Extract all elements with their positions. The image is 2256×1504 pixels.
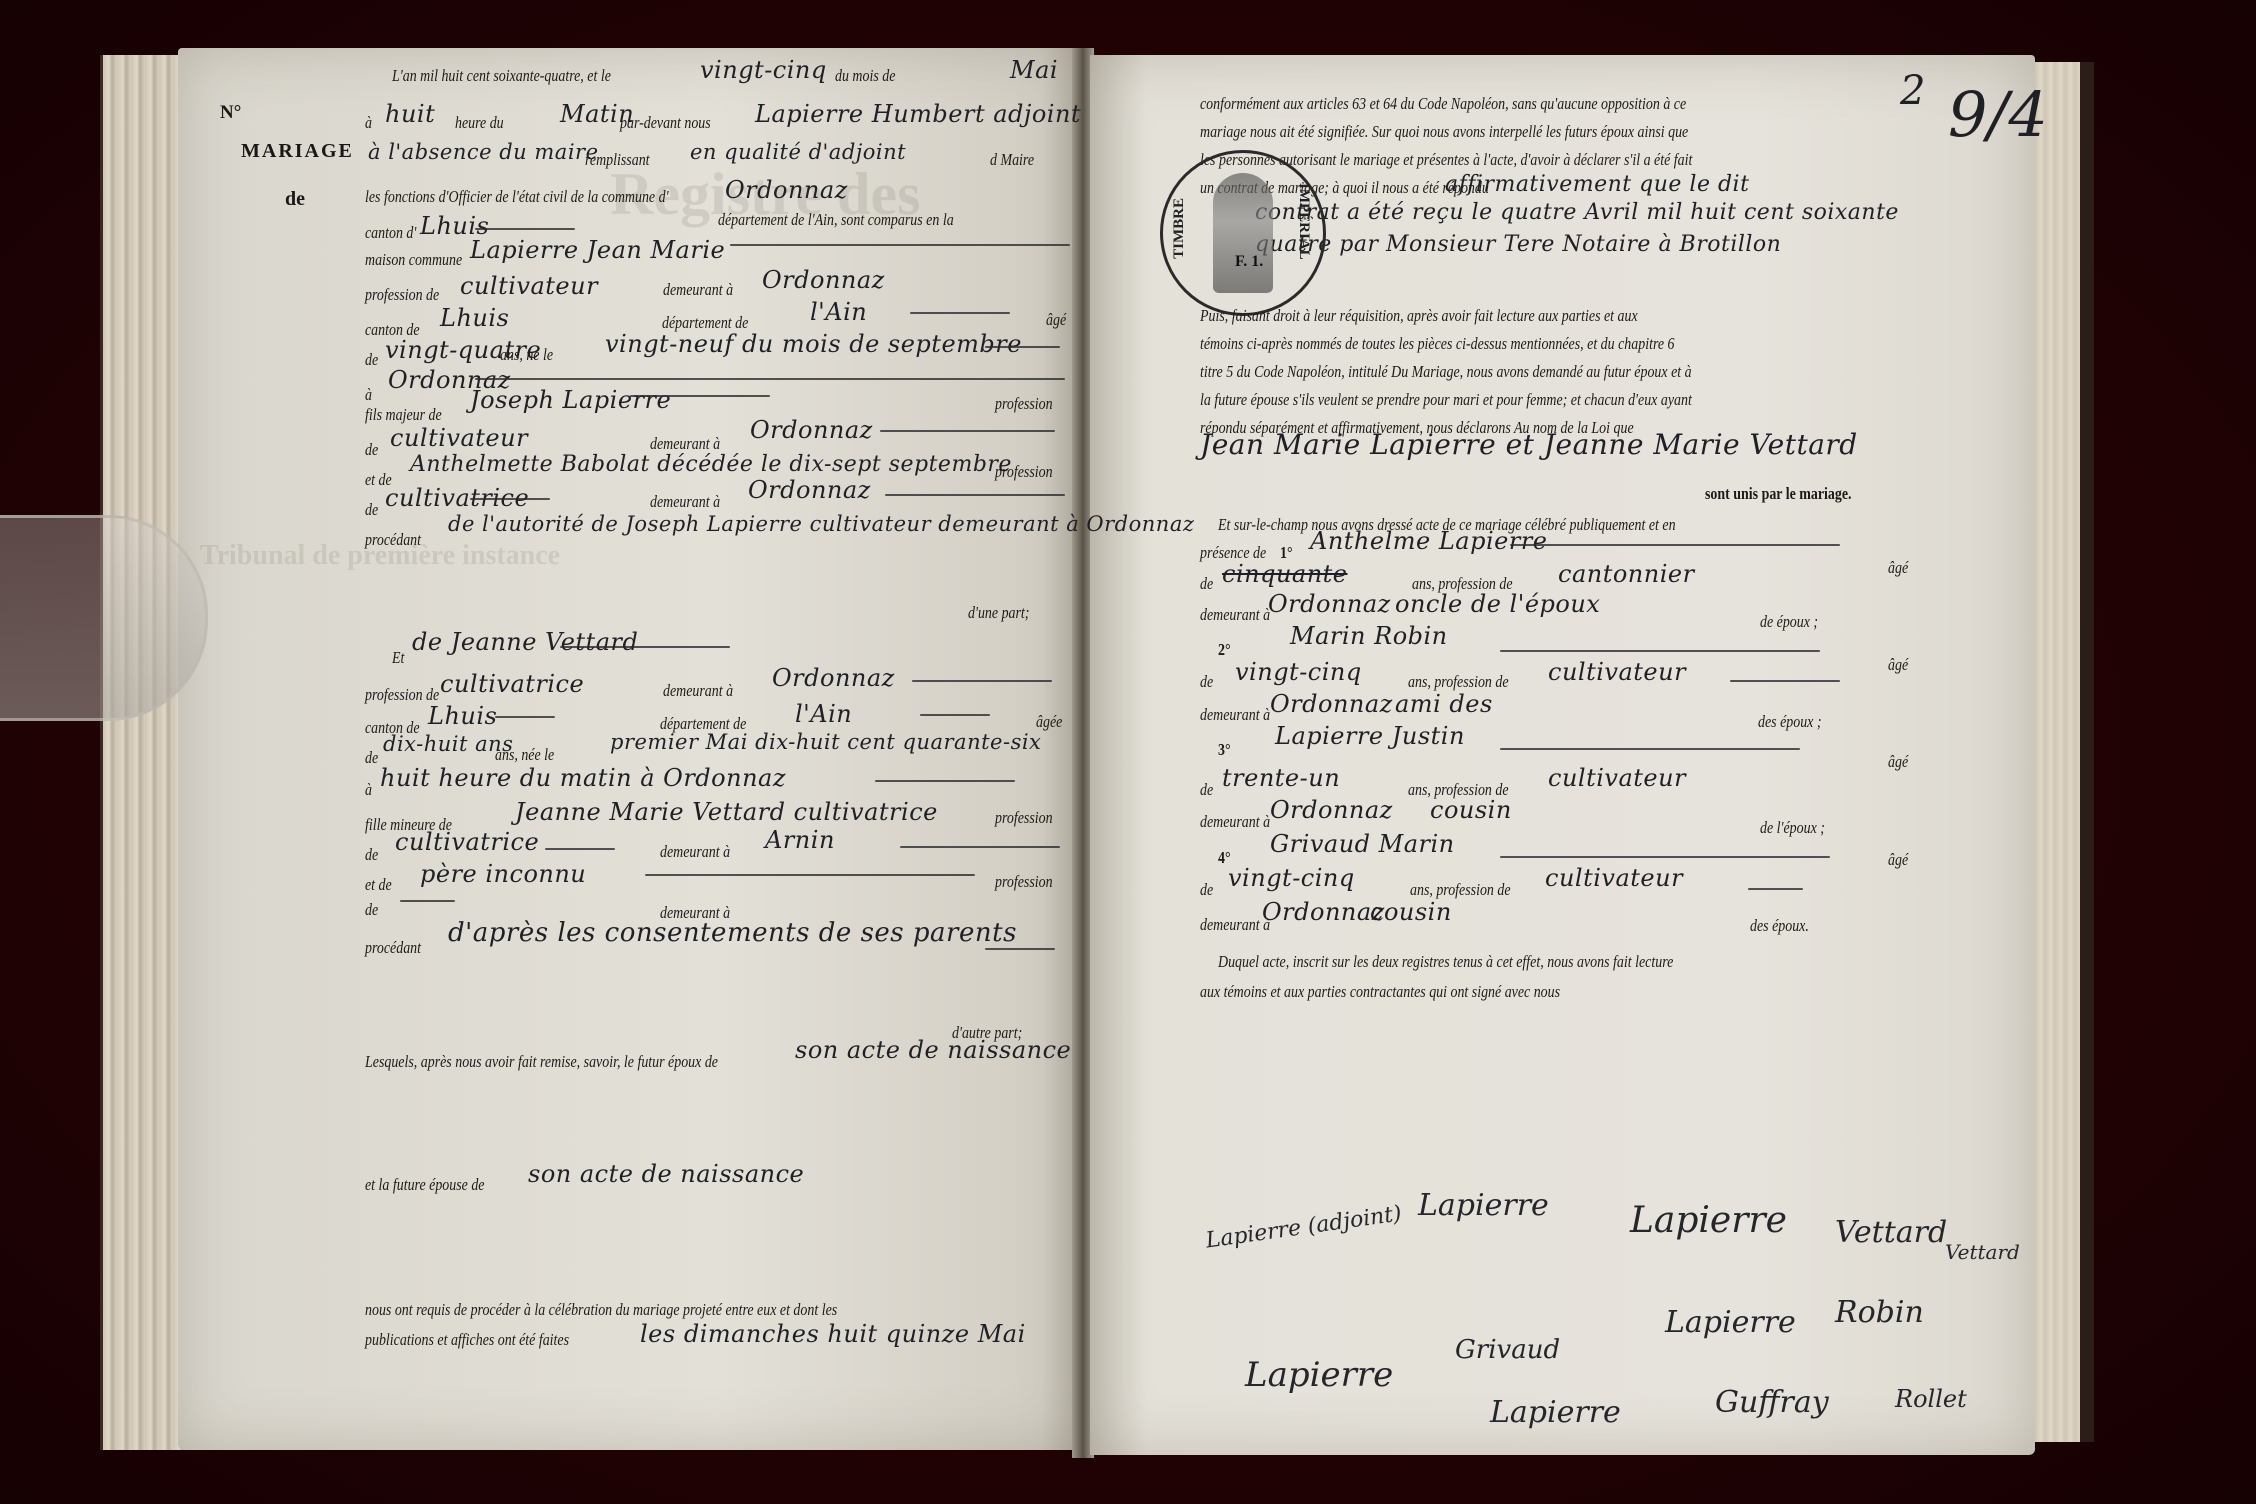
handwritten-commune: Ordonnaz <box>725 176 848 204</box>
print-text: remplissant <box>585 150 650 170</box>
witness-3-profession: cultivateur <box>1548 764 1686 792</box>
print-text: de <box>365 440 378 460</box>
print-text: de <box>365 748 378 768</box>
witness-4-residence: Ordonnaz <box>1262 898 1385 926</box>
print-text: de <box>365 500 378 520</box>
print-text: d'une part; <box>968 603 1029 623</box>
fill-line <box>920 714 990 716</box>
de-label: de <box>285 188 305 211</box>
signature: Lapierre <box>1418 1188 1549 1223</box>
print-text: Puis, faisant droit à leur réquisition, … <box>1200 306 1638 326</box>
fill-line <box>730 244 1070 246</box>
handwritten-age: dix-huit ans <box>383 732 513 756</box>
witness-3-age: trente-un <box>1222 764 1340 792</box>
fill-line <box>880 430 1055 432</box>
print-text: demeurant à <box>650 434 720 454</box>
fill-line <box>875 780 1015 782</box>
stamp-text-right: IMPÉRIAL <box>1295 183 1312 260</box>
handwritten-canton: Lhuis <box>440 304 509 332</box>
handwritten-contract: affirmativement que le dit <box>1445 172 1749 197</box>
handwritten-residence: Arnin <box>765 826 835 854</box>
print-text: demeurant à <box>1200 705 1270 725</box>
united-text: sont unis par le mariage. <box>1705 484 1852 504</box>
signature: Rollet <box>1895 1385 1967 1413</box>
handwritten-document: son acte de naissance <box>528 1160 804 1188</box>
witness-4-profession: cultivateur <box>1545 864 1683 892</box>
print-text: mariage nous ait été signifiée. Sur quoi… <box>1200 122 1688 142</box>
print-text: témoins ci-après nommés de toutes les pi… <box>1200 334 1674 354</box>
handwritten-birthdate: premier Mai dix-huit cent quarante-six <box>610 730 1041 754</box>
print-text: profession <box>995 462 1053 482</box>
handwritten-consent: d'après les consentements de ses parents <box>448 918 1017 948</box>
print-text: de <box>365 845 378 865</box>
fill-line <box>470 498 550 500</box>
fill-line <box>475 378 1065 380</box>
de-label: de <box>1200 780 1213 800</box>
handwritten-groom-name: Lapierre Jean Marie <box>470 236 725 264</box>
witness-1-name: Anthelme Lapierre <box>1310 527 1548 555</box>
print-text: et de <box>365 875 392 895</box>
witness-3-relation: cousin <box>1430 796 1512 824</box>
print-text: canton d' <box>365 223 416 243</box>
handwritten-profession: cultivateur <box>390 424 528 452</box>
signature: Lapierre <box>1630 1200 1787 1241</box>
mariage-label: MARIAGE <box>241 140 354 163</box>
imperial-tax-stamp: TIMBRE IMPÉRIAL F. 1. <box>1160 150 1326 316</box>
print-text: de <box>365 900 378 920</box>
fill-line <box>645 874 975 876</box>
fill-line <box>1748 888 1803 890</box>
handwritten-officer: Lapierre Humbert adjoint <box>755 100 1081 128</box>
act-number-label: N° <box>220 102 241 124</box>
print-text: profession <box>995 808 1053 828</box>
right-page-stack <box>2030 62 2094 1442</box>
witness-3-name: Lapierre Justin <box>1275 722 1465 750</box>
print-text: par-devant nous <box>620 113 711 133</box>
print-text: demeurant à <box>1200 605 1270 625</box>
handwritten-residence: Ordonnaz <box>748 476 871 504</box>
print-text: ans, née le <box>495 745 554 765</box>
print-text: et la future épouse de <box>365 1175 485 1195</box>
handwritten-day: vingt-cinq <box>700 56 827 84</box>
print-text: maison commune <box>365 250 462 270</box>
fill-line <box>910 312 1010 314</box>
print-text: profession de <box>365 285 439 305</box>
print-text: L'an mil huit cent soixante-quatre, et l… <box>392 66 611 86</box>
print-text: demeurant à <box>663 280 733 300</box>
handwritten-department: l'Ain <box>810 298 867 326</box>
witness-1-relation: oncle de l'époux <box>1395 590 1600 618</box>
handwritten-canton: Lhuis <box>428 702 497 730</box>
fill-line <box>1500 856 1830 858</box>
print-text: d Maire <box>990 150 1034 170</box>
handwritten-contract: contrat a été reçu le quatre Avril mil h… <box>1255 200 1899 225</box>
stamp-monogram: F. 1. <box>1235 253 1263 271</box>
handwritten-residence: Ordonnaz <box>762 266 885 294</box>
handwritten-father: père inconnu <box>420 860 586 888</box>
handwritten-month: Mai <box>1010 56 1058 84</box>
print-text: Et <box>392 648 404 668</box>
glass-page-weight <box>0 515 208 721</box>
age-label: âgé <box>1888 655 1908 675</box>
handwritten-mother: Anthelmette Babolat décédée le dix-sept … <box>410 452 1012 477</box>
fill-line <box>560 646 730 648</box>
print-text: procédant <box>365 938 421 958</box>
signature: Robin <box>1835 1295 1924 1330</box>
print-text: du mois de <box>835 66 895 86</box>
handwritten-authority: de l'autorité de Joseph Lapierre cultiva… <box>448 512 1194 536</box>
print-text: procédant <box>365 530 421 550</box>
witness-number: 3° <box>1218 740 1231 760</box>
witness-2-profession: cultivateur <box>1548 658 1686 686</box>
print-text: demeurant à <box>663 681 733 701</box>
signature: Lapierre <box>1490 1395 1621 1430</box>
fill-line <box>630 395 770 397</box>
witness-3-residence: Ordonnaz <box>1270 796 1393 824</box>
fill-line <box>912 680 1052 682</box>
witness-2-residence: Ordonnaz <box>1270 690 1393 718</box>
print-text: de l'époux ; <box>1760 818 1825 838</box>
handwritten-father: Joseph Lapierre <box>470 386 671 414</box>
print-text: profession <box>995 394 1053 414</box>
handwritten-profession: cultivatrice <box>440 670 584 698</box>
handwritten-text: en qualité d'adjoint <box>690 140 906 164</box>
de-label: de <box>1200 672 1213 692</box>
print-text: ans, profession de <box>1410 880 1511 900</box>
left-page-stack <box>100 55 183 1450</box>
handwritten-residence: Ordonnaz <box>750 416 873 444</box>
witness-2-name: Marin Robin <box>1290 622 1448 650</box>
print-text: profession <box>995 872 1053 892</box>
handwritten-profession: cultivatrice <box>395 828 539 856</box>
signature: Lapierre <box>1245 1355 1393 1395</box>
age-label: âgé <box>1888 558 1908 578</box>
print-text: Duquel acte, inscrit sur les deux regist… <box>1218 952 1673 972</box>
register-number: 2 <box>1900 68 1925 114</box>
witness-1-age: cinquante <box>1222 560 1348 588</box>
fill-line <box>900 846 1060 848</box>
handwritten-profession: cultivateur <box>460 272 598 300</box>
print-text: des époux ; <box>1758 712 1821 732</box>
handwritten-bride-name: de Jeanne Vettard <box>412 628 638 656</box>
print-text: ans, né le <box>500 345 553 365</box>
print-text: publications et affiches ont été faites <box>365 1330 569 1350</box>
handwritten-residence: Ordonnaz <box>772 664 895 692</box>
fill-line <box>495 716 555 718</box>
handwritten-document: son acte de naissance <box>795 1036 1071 1064</box>
print-text: de époux ; <box>1760 612 1818 632</box>
de-label: de <box>1200 880 1213 900</box>
witness-1-residence: Ordonnaz <box>1268 590 1391 618</box>
fill-line <box>985 948 1055 950</box>
print-text: la future épouse s'ils veulent se prendr… <box>1200 390 1692 410</box>
fill-line <box>1500 650 1820 652</box>
print-text: âgée <box>1036 712 1062 732</box>
witness-number: 2° <box>1218 640 1231 660</box>
handwritten-birthdate: vingt-neuf du mois de septembre <box>605 330 1022 358</box>
print-text: titre 5 du Code Napoléon, intitulé Du Ma… <box>1200 362 1692 382</box>
stamp-text-left: TIMBRE <box>1171 198 1188 259</box>
age-label: âgé <box>1888 752 1908 772</box>
witness-2-relation: ami des <box>1395 690 1493 718</box>
open-register-book: Registre des Tribunal de première instan… <box>0 0 2256 1504</box>
handwritten-publication-dates: les dimanches huit quinze Mai <box>640 1320 1026 1348</box>
fill-line <box>475 228 575 230</box>
handwritten-couple-names: Jean Marie Lapierre et Jeanne Marie Vett… <box>1200 428 1858 461</box>
witness-4-age: vingt-cinq <box>1228 864 1355 892</box>
witness-4-relation: cousin <box>1370 898 1452 926</box>
print-text: heure du <box>455 113 504 133</box>
witness-1-profession: cantonnier <box>1558 560 1695 588</box>
signature: Grivaud <box>1455 1335 1560 1365</box>
print-text: demeurant à <box>1200 915 1270 935</box>
print-text: les fonctions d'Officier de l'état civil… <box>365 187 669 207</box>
print-text: département de l'Ain, sont comparus en l… <box>718 210 954 230</box>
act-number: 9/4 <box>1948 78 2048 151</box>
witness-4-name: Grivaud Marin <box>1270 830 1455 858</box>
fill-line <box>885 494 1065 496</box>
signature: Vettard <box>1945 1240 2020 1264</box>
print-text: à <box>365 113 372 133</box>
signature: Guffray <box>1715 1385 1829 1420</box>
fill-line <box>1730 680 1840 682</box>
witness-2-age: vingt-cinq <box>1235 658 1362 686</box>
print-text: aux témoins et aux parties contractantes… <box>1200 982 1560 1002</box>
fill-line <box>1500 748 1800 750</box>
fill-line <box>985 346 1060 348</box>
print-text: des époux. <box>1750 916 1809 936</box>
print-text: âgé <box>1046 310 1066 330</box>
handwritten-hour: huit <box>385 100 435 128</box>
handwritten-mother: Jeanne Marie Vettard cultivatrice <box>515 798 938 826</box>
de-label: de <box>1200 574 1213 594</box>
print-text: ans, profession de <box>1408 672 1509 692</box>
fill-line <box>545 848 615 850</box>
print-text: Lesquels, après nous avoir fait remise, … <box>365 1052 718 1072</box>
print-text: de <box>365 350 378 370</box>
fill-line <box>400 900 455 902</box>
handwritten-text: à l'absence du maire <box>368 140 599 164</box>
handwritten-department: l'Ain <box>795 700 852 728</box>
print-text: fils majeur de <box>365 405 442 425</box>
print-text: demeurant à <box>650 492 720 512</box>
print-text: conformément aux articles 63 et 64 du Co… <box>1200 94 1686 114</box>
print-text: demeurant à <box>660 842 730 862</box>
handwritten-contract: quatre par Monsieur Tere Notaire à Broti… <box>1255 232 1781 257</box>
print-text: à <box>365 780 372 800</box>
handwritten-birth-time-place: huit heure du matin à Ordonnaz <box>380 764 786 792</box>
signature: Lapierre <box>1665 1305 1796 1340</box>
justice-figure-icon <box>1213 173 1273 293</box>
print-text: nous ont requis de procéder à la célébra… <box>365 1300 837 1320</box>
print-text: demeurant à <box>1200 812 1270 832</box>
fill-line <box>1510 544 1840 546</box>
print-text: à <box>365 385 372 405</box>
signature: Vettard <box>1835 1215 1947 1250</box>
age-label: âgé <box>1888 850 1908 870</box>
